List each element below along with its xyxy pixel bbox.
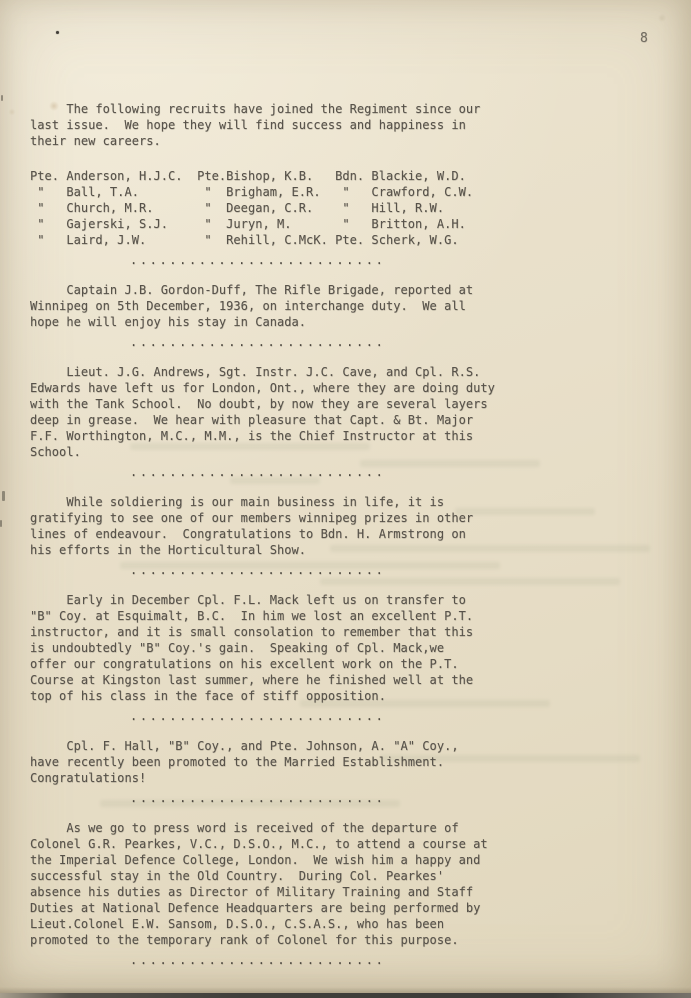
dotted-separator: .......................... [130,252,495,268]
paragraph-pearkes-departure: As we go to press word is received of th… [30,820,495,948]
dotted-separator: .......................... [130,952,495,968]
paragraph-mack-transfer: Early in December Cpl. F.L. Mack left us… [30,592,495,704]
stray-ink-dot [56,31,59,34]
dotted-separator: .......................... [130,334,495,350]
page-number: 8 [640,31,648,47]
paragraph-tank-school: Lieut. J.G. Andrews, Sgt. Instr. J.C. Ca… [30,364,495,460]
dotted-separator: .......................... [130,464,495,480]
edge-speck [1,95,3,101]
page-bottom-edge [0,993,691,998]
recruit-list: Pte. Anderson, H.J.C. Pte.Bishop, K.B. B… [30,168,495,248]
scanned-document-page: 8 The following recruits have joined the… [0,0,691,998]
edge-speck [2,491,5,501]
paragraph-horticultural-show: While soldiering is our main business in… [30,494,495,558]
typewritten-text-block: The following recruits have joined the R… [30,101,495,982]
paragraph-married-establishment: Cpl. F. Hall, "B" Coy., and Pte. Johnson… [30,738,495,786]
dotted-separator: .......................... [130,562,495,578]
dotted-separator: .......................... [130,790,495,806]
dotted-separator: .......................... [130,708,495,724]
edge-speck [0,520,2,527]
paragraph-new-recruits: The following recruits have joined the R… [30,101,495,149]
paragraph-gordon-duff: Captain J.B. Gordon-Duff, The Rifle Brig… [30,282,495,330]
